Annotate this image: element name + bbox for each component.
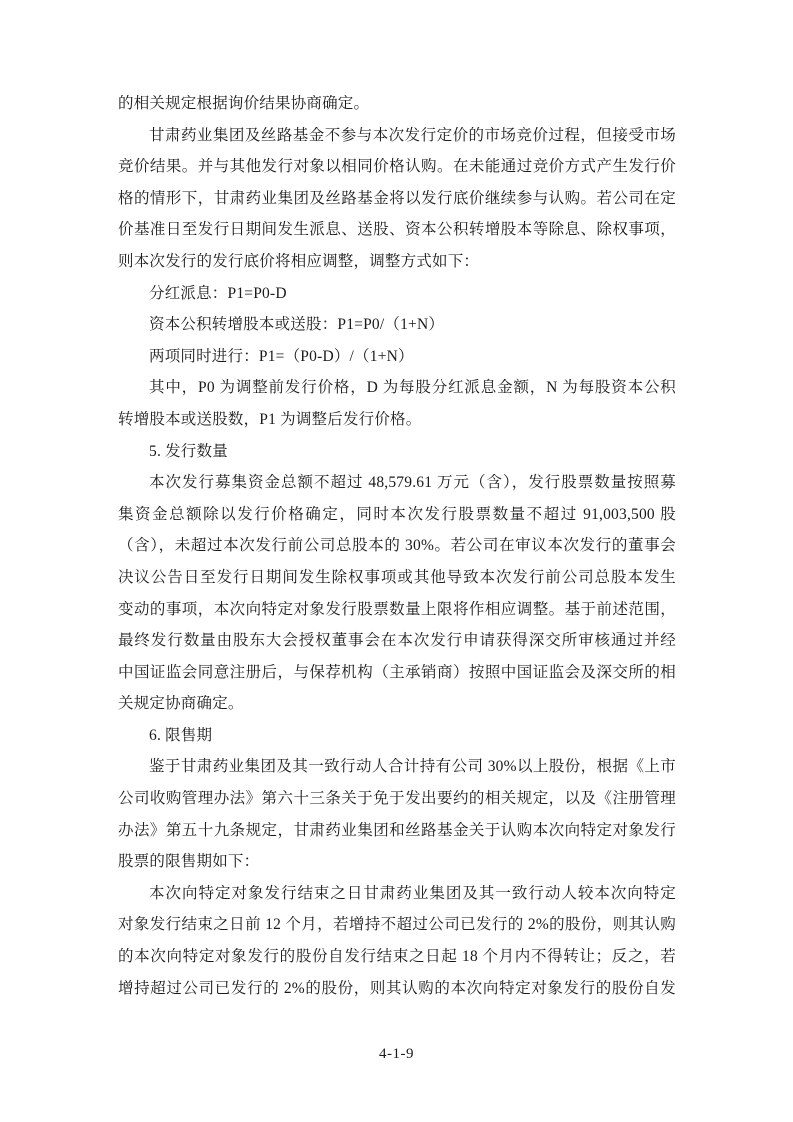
paragraph-line: 关规定协商确定。 bbox=[118, 688, 676, 720]
document-text-block: 的相关规定根据询价结果协商确定。 甘肃药业集团及丝路基金不参与本次发行定价的市场… bbox=[118, 88, 676, 1004]
paragraph-line: 竞价结果。并与其他发行对象以相同价格认购。在未能通过竞价方式产生发行价 bbox=[118, 151, 676, 183]
paragraph-line: 其中，P0 为调整前发行价格，D 为每股分红派息金额，N 为每股资本公积 bbox=[118, 372, 676, 404]
paragraph-line: 变动的事项，本次向特定对象发行股票数量上限将作相应调整。基于前述范围， bbox=[118, 594, 676, 626]
formula-line: 资本公积转增股本或送股：P1=P0/（1+N） bbox=[118, 309, 676, 341]
paragraph-line: 的本次向特定对象发行的股份自发行结束之日起 18 个月内不得转让；反之，若 bbox=[118, 941, 676, 973]
paragraph-line: 甘肃药业集团及丝路基金不参与本次发行定价的市场竞价过程，但接受市场 bbox=[118, 120, 676, 152]
paragraph-line: 中国证监会同意注册后，与保荐机构（主承销商）按照中国证监会及深交所的相 bbox=[118, 657, 676, 689]
paragraph-line: 决议公告日至发行日期间发生除权事项或其他导致本次发行前公司总股本发生 bbox=[118, 562, 676, 594]
paragraph-line: 对象发行结束之日前 12 个月，若增持不超过公司已发行的 2%的股份，则其认购 bbox=[118, 909, 676, 941]
formula-line: 两项同时进行：P1=（P0-D）/（1+N） bbox=[118, 341, 676, 373]
paragraph-line: 增持超过公司已发行的 2%的股份，则其认购的本次向特定对象发行的股份自发 bbox=[118, 973, 676, 1005]
paragraph-line: 最终发行数量由股东大会授权董事会在本次发行申请获得深交所审核通过并经 bbox=[118, 625, 676, 657]
paragraph-line: 公司收购管理办法》第六十三条关于免于发出要约的相关规定，以及《注册管理 bbox=[118, 783, 676, 815]
paragraph-line: 格的情形下，甘肃药业集团及丝路基金将以发行底价继续参与认购。若公司在定 bbox=[118, 183, 676, 215]
formula-line: 分红派息：P1=P0-D bbox=[118, 278, 676, 310]
paragraph-line: 则本次发行的发行底价将相应调整，调整方式如下： bbox=[118, 246, 676, 278]
page-number: 4-1-9 bbox=[0, 1039, 793, 1071]
section-heading-6: 6. 限售期 bbox=[118, 720, 676, 752]
paragraph-line: 办法》第五十九条规定，甘肃药业集团和丝路基金关于认购本次向特定对象发行 bbox=[118, 815, 676, 847]
paragraph-line: 本次向特定对象发行结束之日甘肃药业集团及其一致行动人较本次向特定 bbox=[118, 878, 676, 910]
paragraph-line: （含），未超过本次发行前公司总股本的 30%。若公司在审议本次发行的董事会 bbox=[118, 530, 676, 562]
paragraph-line: 鉴于甘肃药业集团及其一致行动人合计持有公司 30%以上股份，根据《上市 bbox=[118, 751, 676, 783]
paragraph-line: 价基准日至发行日期间发生派息、送股、资本公积转增股本等除息、除权事项， bbox=[118, 214, 676, 246]
document-page: 的相关规定根据询价结果协商确定。 甘肃药业集团及丝路基金不参与本次发行定价的市场… bbox=[0, 0, 793, 1122]
paragraph-line: 转增股本或送股数，P1 为调整后发行价格。 bbox=[118, 404, 676, 436]
paragraph-line: 股票的限售期如下： bbox=[118, 846, 676, 878]
paragraph-line: 集资金总额除以发行价格确定，同时本次发行股票数量不超过 91,003,500 股 bbox=[118, 499, 676, 531]
section-heading-5: 5. 发行数量 bbox=[118, 436, 676, 468]
paragraph-line: 的相关规定根据询价结果协商确定。 bbox=[118, 88, 676, 120]
paragraph-line: 本次发行募集资金总额不超过 48,579.61 万元（含），发行股票数量按照募 bbox=[118, 467, 676, 499]
